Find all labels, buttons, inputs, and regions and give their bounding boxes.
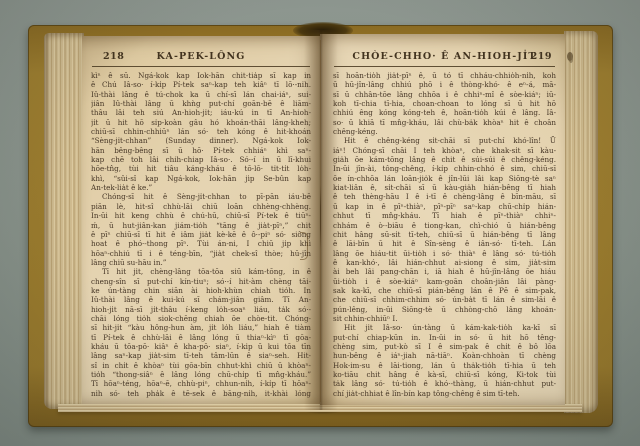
text-line: tī Pí-tek ê chhù-lāi ê lâng lóng ū thiaⁿ… — [91, 333, 311, 342]
text-line: ḿ, ū hut-jiân-kan jiám-tio̍h “tāng ê jia… — [91, 221, 311, 230]
ink-smudge — [567, 52, 573, 61]
text-line: ū hū-jîn-lâng chhiú phō i ê thòng-khó· ê… — [333, 80, 556, 89]
text-line: che chiū-sī chhim-chhim só· ún-ba̍t tī l… — [333, 295, 556, 304]
text-line: so· ū khiā tī mn̂g-kháu, lâi chù-ba̍k kh… — [333, 118, 556, 127]
text-line: sî in chi̍t ê khòaⁿ tùi gōa-bīn chhut-kh… — [91, 361, 311, 370]
text-line: gia̍h ōe kám-tōng lâng ê chit ê súi-súi … — [333, 155, 556, 164]
text-line: cheng-sîn sī put-chí kín-tiuⁿ; só·-í hit… — [91, 277, 311, 286]
text-line: ta̍k lâng só· tú-tio̍h ê khó·-thàng, ū h… — [333, 379, 556, 388]
text-line: Iû-thài lâng ê kui-kú sī chám-jiân giâm.… — [91, 295, 311, 304]
text-line: sī hoān-tio̍h jia̍t-pīⁿ ê, ū tó tī chháu… — [333, 71, 556, 80]
text-line: In-ūi hit keng chhù ê chú-hū, chiū-sī Pí… — [91, 211, 311, 220]
text-line: thâu lâi teh siú An-hioh-ji̍t; iáu-kú in… — [91, 108, 311, 117]
text-line: sī ū chhân-tōe lâng chhōa i ê chhiⁿ-mî ê… — [333, 90, 556, 99]
text-line: In-ūi jîn-ài, tông-chêng, í-ki̍p chhin-c… — [333, 164, 556, 173]
left-page-header: 218 KA-PEK-LÔNG — [91, 51, 311, 64]
text-line: chèng sim, put-kò sī I ê sim-pak ê chi̍t… — [333, 342, 556, 351]
text-line: ōe ín-chhōa lán loān-jio̍k ê jîn-lūi lâi… — [333, 174, 556, 183]
left-running-title: KA-PEK-LÔNG — [157, 51, 246, 62]
right-page-number: 219 — [531, 51, 552, 62]
left-page-content: 218 KA-PEK-LÔNG kìⁿ ê sū. Ngá-kok kap Io… — [82, 36, 320, 404]
book-photo: 218 KA-PEK-LÔNG kìⁿ ê sū. Ngá-kok kap Io… — [0, 0, 640, 446]
text-line: pún-lêng, in-ūi Siōng-tè ū chhòng-chō lâ… — [333, 305, 556, 314]
text-line: ke ún-tàng chin siān ài hioh-khùn chiah … — [91, 286, 311, 295]
text-line: Hok-im-su ê lāi-tiong, lán ū tha̍k-tio̍h… — [333, 361, 556, 370]
margin-pen-mark — [300, 232, 308, 260]
text-line: lâng ōe hiáu-tit ūi-tio̍h i só· thiàⁿ ê … — [333, 249, 556, 258]
text-line: piān lè, hit-sî chhù-lāi chiū loān chhèn… — [91, 202, 311, 211]
text-line: kiat-liân ê, si̍t-chāi sī ū kàu-gia̍h hi… — [333, 183, 556, 192]
text-line: Tī hōaⁿ-téng, hōaⁿ-ē, chhù-piⁿ, chhun-ni… — [91, 379, 311, 388]
text-line: chhiú êng kóng kóng-teh ê, hoān-tio̍h kú… — [333, 108, 556, 117]
text-line: khì, “sûi-sî kap Ngá-kok, Iok-hān ji̍p S… — [91, 174, 311, 183]
text-line: koh tī-chia tī-hia, choan-choan to lóng … — [333, 99, 556, 108]
text-line: ūi-tio̍h i ê sòe-kiáⁿ kam-goān choân-jiâ… — [333, 277, 556, 286]
text-line: Iû-thài lâng ê tú-chok ka ū chí-sī lán c… — [91, 90, 311, 99]
text-line: sit chhin-chhiūⁿ I. — [333, 314, 556, 323]
text-line: Hit ê chêng-kéng si̍t-chāi sī put-chí kh… — [333, 136, 556, 145]
text-line: hōaⁿ-chhiú tī i ê téng-bīn, “jia̍t chek-… — [91, 249, 311, 258]
text-line: Hit ji̍t Iâ-so· ún-tàng ū kám-kak-tio̍h … — [333, 323, 556, 332]
text-line: ū kap in ê pīⁿ-thiàⁿ, pīⁿ-pīⁿ saⁿ-kap ch… — [333, 202, 556, 211]
left-page-number: 218 — [103, 51, 124, 62]
text-line: Chóng-sī hit ê Sèng-ji̍t-chhan to pī-pān… — [91, 192, 311, 201]
text-line: An-tek-lia̍t ê ke.” — [91, 183, 311, 192]
text-line: kap chē toh lâi chih-chiap Iâ-so·. Só·-í… — [91, 155, 311, 164]
page-edges-right — [564, 31, 598, 413]
gutter-shadow — [304, 30, 338, 410]
text-line: hun-bêng ê iáⁿ-jiah nā-tiāⁿ. Koàn-chhoàn… — [333, 351, 556, 360]
text-line: put-chí chiap-kūn in. In-ūi in só· ū hit… — [333, 333, 556, 342]
text-line: sī hit-ji̍t “kàu hông-hun àm, ji̍t lo̍h … — [91, 323, 311, 332]
right-page-text: sī hoān-tio̍h jia̍t-pīⁿ ê, ū tó tī chháu… — [333, 71, 556, 398]
text-line: kháu ū tōa-pō· kiâⁿ ê kha-pō· siaⁿ, í-ki… — [91, 342, 311, 351]
text-line: kìⁿ ê sū. Ngá-kok kap Iok-hān chit-tia̍p… — [91, 71, 311, 80]
right-running-title: CHÒE-CHHO· Ê AN-HIOH-JI̍T — [352, 51, 536, 62]
text-line: Tī hit ji̍t, chèng-lâng tōa-tōa siū kám-… — [91, 267, 311, 276]
text-line: chí jia̍t-chhiat ê lîn-bín kap tông-chên… — [333, 389, 556, 398]
right-page-header: CHÒE-CHHO· Ê AN-HIOH-JI̍T 219 — [333, 51, 556, 64]
text-line: sak ka-kī, che chiū-sī pián-bêng lán ê P… — [333, 286, 556, 295]
right-page-content: CHÒE-CHHO· Ê AN-HIOH-JI̍T 219 sī hoān-ti… — [320, 34, 565, 405]
text-line: chāi lóng tio̍h siok-chēng chiah ōe chòe… — [91, 314, 311, 323]
text-line: hoat ê phó·-thong pīⁿ. Tùi án-ni, I chiū… — [91, 239, 311, 248]
text-line: ê teh thèng-hāu I ê i-tī ê chèng-lâng ê … — [333, 192, 556, 201]
text-line: hōe-tn̂g, tùi hit tiâu káng-kháu ê tō-lō… — [91, 164, 311, 173]
text-line: chêng-kéng. — [333, 127, 556, 136]
fold-crease — [320, 40, 321, 402]
text-line: iáⁿ! Chóng-sī chāi I teh khòaⁿ, che khak… — [333, 146, 556, 155]
text-line: ni̍h só· teh pha̍k ê tē-sek ê bāng-ni̍h,… — [91, 389, 311, 398]
text-line: ko-tiāu chit hâng ê kà-sī, chiū-sī kóng,… — [333, 370, 556, 379]
text-line: ê Chú Iâ-so· í-ki̍p Pí-tek saⁿ-kap teh k… — [91, 80, 311, 89]
text-line: chhut tī mn̂g-kháu. Tī hiah ê pīⁿ-thiàⁿ … — [333, 211, 556, 220]
left-header-rule — [92, 66, 310, 67]
text-line: ê kan-khó·, lâi hián-chhut ai-siong ê si… — [333, 258, 556, 267]
text-line: jiân Iû-thài lâng ū khǹg put-chí goān-bē… — [91, 99, 311, 108]
text-line: ê pīⁿ chiū-sī tī hit ê iâm jia̍t kè-kē ê… — [91, 230, 311, 239]
right-page: CHÒE-CHHO· Ê AN-HIOH-JI̍T 219 sī hoān-ti… — [320, 34, 565, 405]
text-line: ài beh lâi pang-chān i, iā hiah ê hū-jîn… — [333, 267, 556, 276]
text-line: ji̍t ū hit hō si̍p-koàn gâu hó khoán-thā… — [91, 118, 311, 127]
text-line: chiū-sī chhin-chhiūⁿ lán só· teh kóng ê … — [91, 127, 311, 136]
text-line: chit hâng sū-si̍t tī-teh, chiū-sī ū hián… — [333, 230, 556, 239]
text-line: lâng chiū su-hāu in.” — [91, 258, 311, 267]
right-header-rule — [334, 66, 555, 67]
text-line: “Sèng-ji̍t-chhan” (Sunday dinner). Ngá-k… — [91, 136, 311, 145]
text-line: hān bêng-bêng sī ū hō· Pí-tek chhiáⁿ khì… — [91, 146, 311, 155]
text-line: ê lāi-bīn ū hit ê Sîn-sèng ê iân-só· tī-… — [333, 239, 556, 248]
text-line: tio̍h “thong-siâⁿ ê lâng lóng chū-chi̍p … — [91, 370, 311, 379]
text-line: hioh-ji̍t nā-sī ji̍t-thâu í-keng lo̍h-so… — [91, 305, 311, 314]
left-page: 218 KA-PEK-LÔNG kìⁿ ê sū. Ngá-kok kap Io… — [82, 36, 320, 404]
text-line: chhám ê ò·-biāu ê tiong-kan, chì-chió ū … — [333, 221, 556, 230]
text-line: lâng saⁿ-kap jia̍t-sim tī-teh tâm-lūn ê … — [91, 351, 311, 360]
page-edges-left — [44, 33, 84, 409]
left-page-text: kìⁿ ê sū. Ngá-kok kap Iok-hān chit-tia̍p… — [91, 71, 311, 398]
